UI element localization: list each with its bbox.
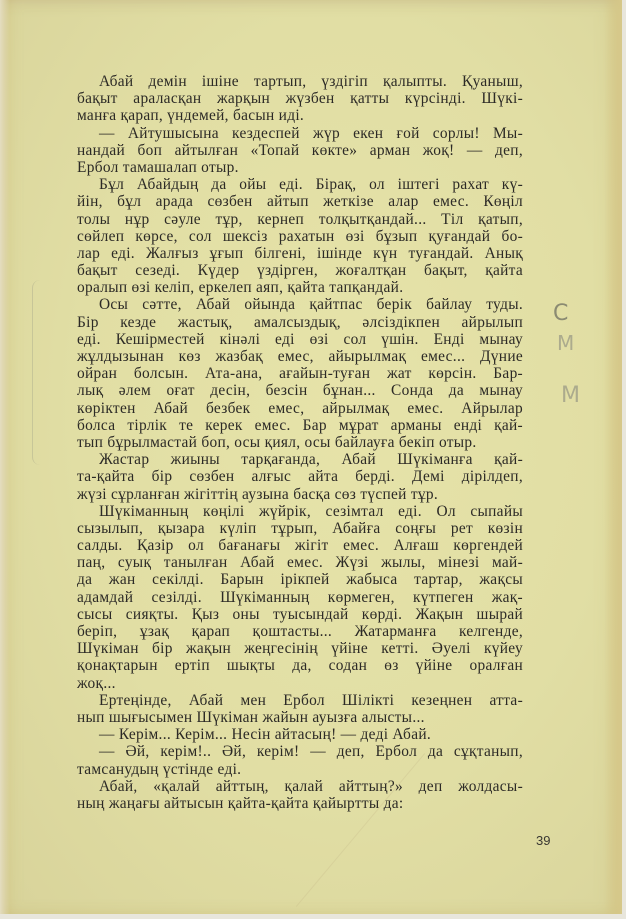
text-line: көріктен Абай безбек емес, айрылмақ емес… <box>77 400 523 417</box>
book-page: Абай демін ішіне тартып, үздігіп қалыпты… <box>0 0 622 914</box>
text-line: сызылып, қызара күліп тұрып, Абайға соңғ… <box>77 520 523 537</box>
text-line: ойран болсын. Ата-ана, ағайын-туған жат … <box>77 365 523 382</box>
text-line: Осы сәтте, Абай ойында қайтпас берік бай… <box>77 296 523 313</box>
text-line: лық әлем оғат десін, безсін бұнан... Сон… <box>77 382 523 399</box>
page-number: 39 <box>536 833 550 848</box>
text-line: тамсанудың үстінде еді. <box>77 761 523 778</box>
text-line: — Айтушысына кездеспей жүр екен ғой сорл… <box>77 125 523 142</box>
text-line: қонақтарын ертіп шықты да, содан өз үйін… <box>77 657 523 674</box>
text-line: ның жаңағы айтысын қайта-қайта қайыртты … <box>77 795 523 812</box>
text-line: Бір кезде жастық, амалсыздық, әлсіздікпе… <box>77 314 523 331</box>
text-line: беріп, ұзақ қарап қоштасты... Жатарманға… <box>77 623 523 640</box>
text-line: нандай боп айтылған «Топай көкте» арман … <box>77 142 523 159</box>
text-line: оралып өзі келіп, еркелеп аяп, қайта тап… <box>77 279 523 296</box>
text-line: жоқ... <box>77 675 523 692</box>
text-line: Шүкіман бір жақын жеңгесінің үйіне кетті… <box>77 640 523 657</box>
text-line: Бұл Абайдың да ойы еді. Бірақ, ол іштегі… <box>77 176 523 193</box>
text-line: паң, суық танылған Абай емес. Жүзі жылы,… <box>77 554 523 571</box>
text-line: йін, бұл арада сөзбен айтып жеткізе алар… <box>77 193 523 210</box>
text-line: сысы сияқты. Қыз оны туысындай көрді. Жа… <box>77 606 523 623</box>
text-line: — Әй, керім!.. Әй, керім! — деп, Ербол д… <box>77 743 523 760</box>
pencil-margin-bracket <box>32 280 47 465</box>
text-line: болса тірлік те керек емес. Бар мұрат ар… <box>77 417 523 434</box>
pencil-annotation-c: С <box>553 301 568 326</box>
text-line: жүзі сұрланған жігіттің аузына басқа сөз… <box>77 486 523 503</box>
text-line: Ертеңінде, Абай мен Ербол Шілікті кезеңн… <box>77 692 523 709</box>
text-line: жұлдызынан көз жазбақ емес, айырылмақ ем… <box>77 348 523 365</box>
text-line: Ербол тамашалап отыр. <box>77 159 523 176</box>
text-line: — Керім... Керім... Несін айтасың! — дед… <box>77 726 523 743</box>
text-line: адамдай сезілді. Шүкіманның көрмеген, кү… <box>77 589 523 606</box>
text-line: сөйлеп көрсе, сол шексіз рахатын өзі бұз… <box>77 228 523 245</box>
text-line: Абай демін ішіне тартып, үздігіп қалыпты… <box>77 73 523 90</box>
text-line: да жан секілді. Барын ірікпей жабыса тар… <box>77 571 523 588</box>
text-line: толы нұр сәуле тұр, кернеп толқытқандай.… <box>77 211 523 228</box>
text-line: Шүкіманның көңілі жүйрік, сезімтал еді. … <box>77 503 523 520</box>
pencil-annotation-m: М <box>557 331 574 355</box>
text-line: Абай, «қалай айттың, қалай айттың?» деп … <box>77 778 523 795</box>
text-line: Жастар жиыны тарқағанда, Абай Шүкіманға … <box>77 451 523 468</box>
text-line: салды. Қазір ол бағанағы жігіт емес. Алғ… <box>77 537 523 554</box>
text-line: еді. Кешірместей кінәлі еді өзі сол үшін… <box>77 331 523 348</box>
text-line: тып бұрылмастай боп, осы қиял, осы байла… <box>77 434 523 451</box>
page-text-body: Абай демін ішіне тартып, үздігіп қалыпты… <box>77 73 523 812</box>
text-line: нып шығысымен Шүкіман жайын ауызға алыст… <box>77 709 523 726</box>
pencil-annotation-m-second: М <box>561 383 580 408</box>
text-line: манға қарап, үндемей, басын иді. <box>77 107 523 124</box>
text-line: лар еді. Жалғыз ұғып білгені, ішінде күн… <box>77 245 523 262</box>
text-line: бақыт араласқан жарқын жүзбен қатты күрс… <box>77 90 523 107</box>
text-line: та-қайта бір сөзбен алғыс айта берді. Де… <box>77 468 523 485</box>
text-line: бақыт сезеді. Күдер үздірген, жоғалтқан … <box>77 262 523 279</box>
